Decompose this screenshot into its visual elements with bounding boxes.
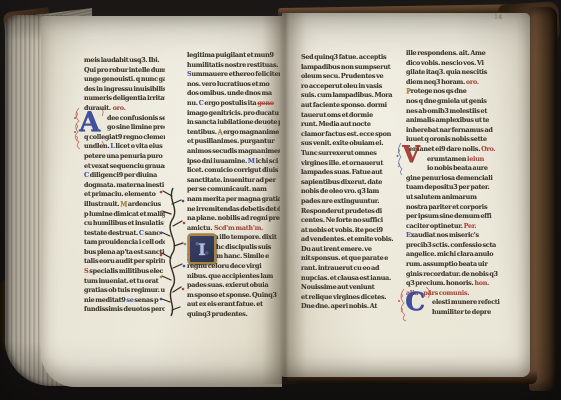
text-line: licet. conuicio corrigut diuis	[187, 166, 280, 176]
text-line: pades suas. exierut obuia	[187, 281, 280, 291]
text-line: Tunc surrexerut omnes	[301, 149, 401, 159]
text-line: ipso dni iuuamine. M ichi sci	[187, 157, 280, 167]
text-line: lampadibus non sumpserut	[301, 63, 401, 73]
text-line: fundissimis deuotos percurres.	[84, 305, 165, 315]
text-line: cu humilibus et insulatis po	[84, 219, 165, 229]
text-line: Protege nos qs dne	[406, 87, 507, 97]
text-line: nos q dne gmiela ut genis	[406, 97, 507, 107]
text-line: sus venit. exite obuiam ei.	[301, 139, 401, 149]
ivy-vine-border-icon	[155, 186, 193, 318]
text-line: et vexat sequenciu grauas.	[84, 162, 165, 172]
text-line: angelice. michi clara anulo	[406, 250, 507, 260]
folio-number: 14	[494, 13, 503, 21]
text-line: dos omibus. unde dnos ma	[187, 89, 280, 99]
right-page-column-1: Sed quinq3 fatue. acceptislampadibus non…	[301, 53, 401, 312]
text-line: talis eoru audit per spiritu.	[84, 257, 165, 267]
text-line: animos secudis magnanimes	[187, 147, 280, 157]
text-line: legitima puigilant et mun9	[187, 51, 280, 61]
text-line: in sancta iubilatione deuote pe	[187, 118, 280, 128]
text-line: rant. intrauerut cu eo ad	[301, 264, 401, 274]
text-line: amictu. Scd'm math'm.	[187, 224, 280, 234]
text-line: clamor factus est. ecce spon	[301, 130, 401, 140]
rubricated-initial-v: V	[402, 143, 420, 167]
text-line: Summauere ethereo feliciter	[187, 70, 280, 80]
text-line: imago genitricis. pro ducatu	[187, 109, 280, 119]
text-line: ne irremitendas debetis det do	[187, 205, 280, 215]
text-line: unge genouisti. q nunc gau	[84, 75, 165, 85]
text-line: aut ex eis erant fatue. et	[187, 300, 280, 310]
text-line: rum. assumptio beata uir	[406, 260, 507, 270]
initial-c-letter: C	[405, 287, 425, 316]
leather-cover-right-edge	[529, 7, 557, 391]
text-line: diem neq3 horam. oro.	[406, 78, 507, 88]
text-line: Exaudiat nos miseric's	[406, 231, 507, 241]
text-line: nibus. que accipientes lam	[187, 272, 280, 282]
text-line: dico vobis. nescio vos. Vi	[406, 59, 507, 69]
text-line: et pusillanimes. purgantur	[187, 137, 280, 147]
text-line: ginis recordatur. de nobis q3	[406, 270, 507, 280]
text-line: io nobis beata aure	[406, 164, 507, 174]
text-line: S specialis militibus elec	[84, 267, 165, 277]
text-line: erumtamen ieiun	[406, 155, 507, 165]
text-line: Qui pro robur intelle dum	[84, 66, 165, 76]
text-line: suis. cum lampadibus. Mora	[301, 91, 401, 101]
text-line: meis laudabit usq3. Ibi.	[84, 56, 165, 66]
text-line: humilitatis nostre restituas.	[187, 61, 280, 71]
text-line: ille respondens. ait. Ame	[406, 49, 507, 59]
illuminated-initial-a: A	[79, 109, 100, 136]
text-line: Du aut irent emere. ve	[301, 245, 401, 255]
text-line: C diligenci9 per diuina	[84, 171, 165, 181]
text-line: des in ingressu inuisibilis in	[84, 85, 165, 95]
right-page-column-2: ille respondens. ait. Amedico vobis. nes…	[406, 49, 507, 318]
text-line: pades nre extinguuntur.	[301, 197, 401, 207]
pen-flourished-initial-c: C	[405, 289, 425, 314]
manuscript-book: 14 meis laudabit usq3. Ibi.Qui pro robur…	[0, 0, 561, 400]
text-line: nu. C ergo postulis ita geno	[187, 99, 280, 109]
text-line: iuuet q oronis nobis sette	[406, 135, 507, 145]
text-line: tuam depositu3 per pater.	[406, 183, 507, 193]
text-line: precib3 sctis. confessio scta	[406, 241, 507, 251]
text-line: dogmata. materna inesti	[84, 181, 165, 191]
text-line: virgines ille. et ornauerut	[301, 159, 401, 169]
text-line: per ipsum sine demum effi	[406, 212, 507, 222]
text-line: remanet ei9 dare nolis. Oro.	[406, 145, 507, 155]
text-line: tum inueniat. et tu orat	[84, 277, 165, 287]
text-line: tam prouidencia i cell odori	[84, 238, 165, 248]
text-line: illustrauit. M ardencius	[84, 200, 165, 210]
text-line: nostra pariter et corporis	[406, 203, 507, 213]
text-line: nes ab omib3 molestiis et	[406, 107, 507, 117]
text-line: sapientibus dixerut. date	[301, 178, 401, 188]
text-line: gratias ob tuis regimur. ua	[84, 286, 165, 296]
text-line: animalis amplexibus ut te	[406, 116, 507, 126]
text-line: ad vendentes. et emite vobis.	[301, 235, 401, 245]
text-line: bus plena ap'ta est sancti na	[84, 248, 165, 258]
text-line: et primaciu. elemento	[84, 190, 165, 200]
text-line: testate destruat. C sanc	[84, 229, 165, 239]
initial-v-letter: V	[402, 141, 420, 168]
text-line: numeris deligentia irritate	[84, 94, 165, 104]
text-line: at nobis et vobis. ite poci9	[301, 226, 401, 236]
text-line: ro acceperut oleu in vasis	[301, 82, 401, 92]
text-line: runt. Media aut nocte	[301, 120, 401, 130]
text-line: ut salutem animarum	[406, 193, 507, 203]
text-line: tauerut oms et dormie	[301, 111, 401, 121]
text-line: nos. vero lucratiuos et mo	[187, 80, 280, 90]
text-line: quinq3 prudentes.	[187, 310, 280, 320]
text-line: nobis de oleo vro. q3 lam	[301, 187, 401, 197]
text-line: nie meditat9 se senas p	[84, 296, 165, 306]
text-line: lampades suas. Fatue aut	[301, 168, 401, 178]
text-line: per se comunicauit. nam	[187, 185, 280, 195]
text-line: nit sponsus. et que parate e	[301, 254, 401, 264]
text-line: sanctitate. inuenitur ad per	[187, 176, 280, 186]
left-page-column-1: meis laudabit usq3. Ibi.Qui pro robur in…	[84, 56, 165, 315]
text-line: gine penuriosa demenciali	[406, 174, 507, 184]
text-line: tentibus. A ergo magnanime	[187, 128, 280, 138]
text-line: na plane. nobilis ad regni pre	[187, 214, 280, 224]
text-line: Sed quinq3 fatue. acceptis	[301, 53, 401, 63]
text-line: caciter optinetur. Per.	[406, 222, 507, 232]
text-line: Dne dne. aperi nobis. At	[301, 302, 401, 312]
gold-initial-letter: I	[198, 240, 205, 259]
initial-a-letter: A	[79, 107, 100, 138]
text-line: et relique virgines dicetes.	[301, 293, 401, 303]
text-line: centes. Ne forte no suffici	[301, 216, 401, 226]
photo-background: 14 meis laudabit usq3. Ibi.Qui pro robur…	[0, 0, 561, 400]
left-page-column-2: legitima puigilant et mun9humilitatis no…	[187, 51, 280, 320]
text-line: Responderut prudetes di	[301, 207, 401, 217]
text-line: nam merita per magna gratia	[187, 195, 280, 205]
text-line: Nouissime aut veniunt	[301, 283, 401, 293]
text-line: petere una penuria puro	[84, 152, 165, 162]
text-line: nupcias. et clausa est ianua.	[301, 274, 401, 284]
text-line: inherebat nar fernamus ad	[406, 126, 507, 136]
text-line: aut faciente sponso. dormi	[301, 101, 401, 111]
text-line: p lumine dimicat et maligna	[84, 210, 165, 220]
text-line: oleum secu. Prudentes ve	[301, 72, 401, 82]
text-line: gilate itaq3. quia nescitis	[406, 68, 507, 78]
text-line: m sponso et sponse. Quinq3	[187, 291, 280, 301]
